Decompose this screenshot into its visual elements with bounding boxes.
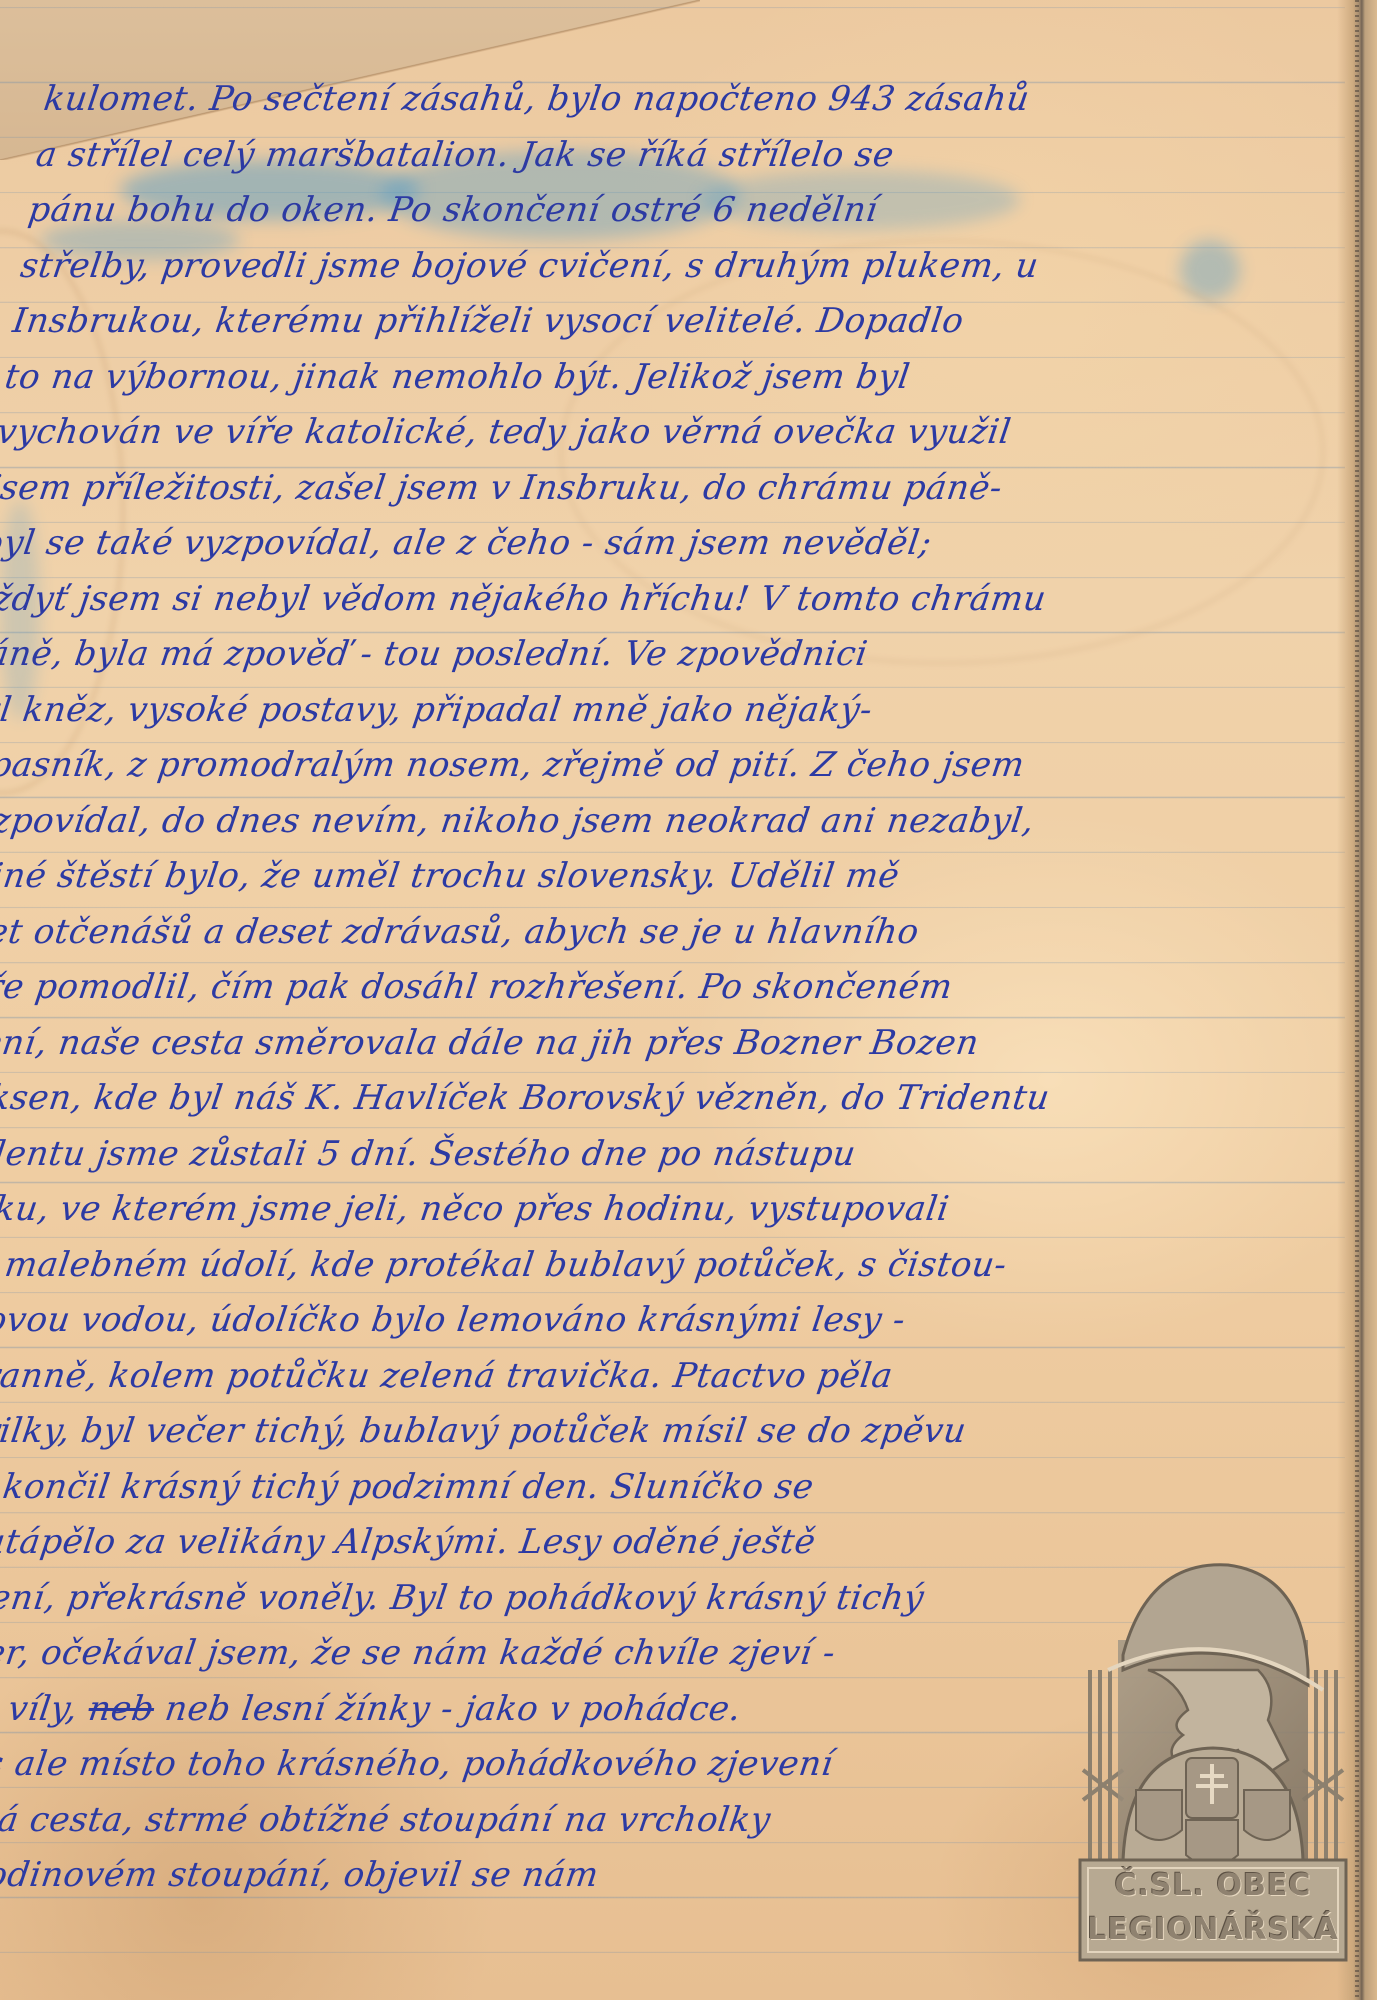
text-line: byl se také vyzpovídal, ale z čeho - sám… — [0, 516, 1256, 572]
text-line: oboustranně, kolem potůčku zelená travič… — [0, 1349, 1139, 1405]
legionnaire-helmet-emblem-icon — [1068, 1520, 1358, 1970]
text-line: střelby, provedli jsme bojové cvičení, s… — [17, 239, 1295, 295]
text-line: 11 hodinová cesta, strmé obtížné stoupán… — [0, 1793, 1076, 1849]
text-line: Insbrukou, kterému přihlíželi vysocí vel… — [9, 294, 1287, 350]
text-line: to na výbornou, jinak nemohlo být. Jelik… — [1, 350, 1279, 406]
text-line: Alp: Po 2 hodinovém stoupání, objevil se… — [0, 1848, 1068, 1904]
stamp-text-line1: Č.SL. OBEC — [1068, 1868, 1358, 1903]
text-line: a střílel celý maršbatalion. Jak se říká… — [32, 128, 1310, 184]
text-line: teplý večer, očekával jsem, že se nám ka… — [0, 1626, 1100, 1682]
text-line: různé trilky, byl večer tichý, bublavý p… — [0, 1404, 1131, 1460]
text-line: sytou zelení, překrásně voněly. Byl to p… — [0, 1571, 1107, 1627]
binding-stitching — [1355, 0, 1359, 2000]
text-line: Čekala nás ale místo toho krásného, pohá… — [0, 1737, 1084, 1793]
text-line: deset otčenášů a deset zdrávasů, abych s… — [0, 905, 1201, 961]
text-line: páně, byla má zpověď - tou poslední. Ve … — [0, 627, 1240, 683]
stamp-text-line2: LEGIONÁŘSKÁ — [1068, 1912, 1358, 1947]
text-line: se zpovídal, do dnes nevím, nikoho jsem … — [0, 794, 1217, 850]
text-line: křišťálovou vodou, údolíčko bylo lemován… — [0, 1293, 1146, 1349]
text-line: cvičení, naše cesta směrovala dále na ji… — [0, 1016, 1185, 1072]
text-line: a Briksen, kde byl náš K. Havlíček Borov… — [0, 1071, 1178, 1127]
text-line: V Tridentu jsme zůstali 5 dní. Šestého d… — [0, 1127, 1170, 1183]
text-line: Jediné štěstí bylo, že uměl trochu slove… — [0, 849, 1209, 905]
text-line: zápasník, z promodralým nosem, zřejmě od… — [0, 738, 1224, 794]
text-line: překrásné víly, neb neb lesní žínky - ja… — [0, 1682, 1092, 1738]
text-line: pánu bohu do oken. Po skončení ostré 6 n… — [25, 183, 1303, 239]
text-line: jsme v malebném údolí, kde protékal bubl… — [0, 1238, 1154, 1294]
text-line: pomalu utápělo za velikány Alpskými. Les… — [0, 1515, 1115, 1571]
text-line: jsem příležitosti, zašel jsem v Insbruku… — [0, 461, 1263, 517]
text-line: do vlaku, ve kterém jsme jeli, něco přes… — [0, 1182, 1162, 1238]
text-line: vychován ve víře katolické, tedy jako vě… — [0, 405, 1271, 461]
text-line: ptactva, končil krásný tichý podzimní de… — [0, 1460, 1123, 1516]
text-line: vždyť jsem si nebyl vědom nějakého hřích… — [0, 572, 1248, 628]
handwritten-text: kulomet. Po sečtení zásahů, bylo napočte… — [0, 72, 1318, 1904]
text-line: oltáře pomodlil, čím pak dosáhl rozhřeše… — [0, 960, 1193, 1016]
diary-page: kulomet. Po sečtení zásahů, bylo napočte… — [0, 0, 1377, 2000]
text-line: kulomet. Po sečtení zásahů, bylo napočte… — [40, 72, 1318, 128]
legion-stamp: Č.SL. OBEC LEGIONÁŘSKÁ — [1068, 1520, 1358, 1970]
text-line: byl kněz, vysoké postavy, připadal mně j… — [0, 683, 1232, 739]
crossed-out-word: neb — [86, 1689, 157, 1729]
